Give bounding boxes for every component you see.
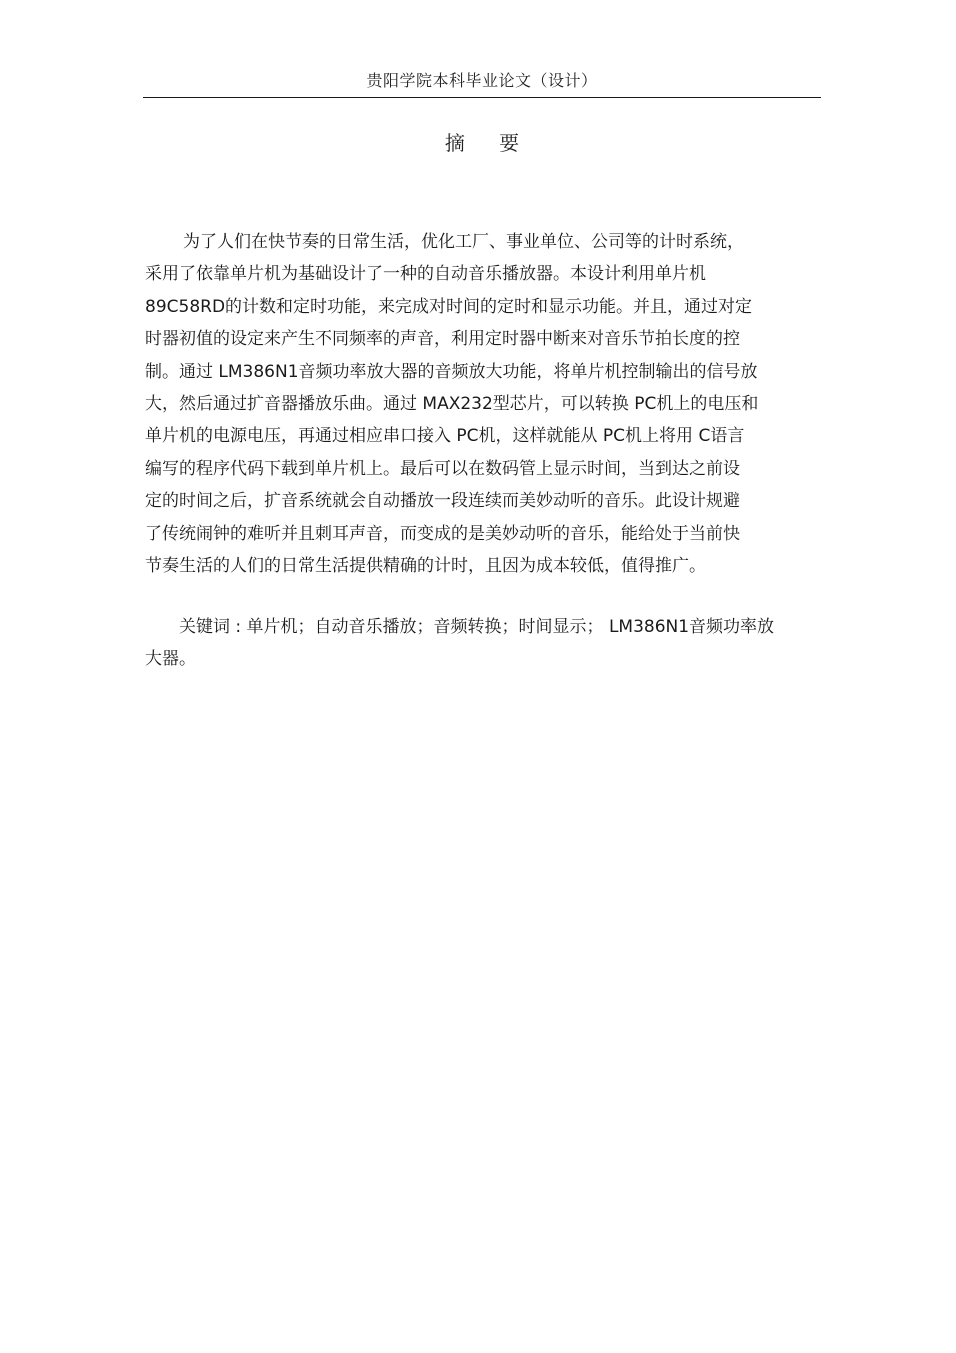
abstract-line: 编写的程序代码下载到单片机上。最后可以在数码管上显示时间，当到达之前设 [145,456,825,488]
abstract-line: 89C58RD的计数和定时功能，来完成对时间的定时和显示功能。并且，通过对定 [145,294,825,326]
abstract-line: 为了人们在快节奏的日常生活，优化工厂、事业单位、公司等的计时系统， [145,229,825,261]
abstract-line: 定的时间之后，扩音系统就会自动播放一段连续而美妙动听的音乐。此设计规避 [145,488,825,520]
keywords-line: 大器。 [145,646,825,678]
abstract-line: 大，然后通过扩音器播放乐曲。通过 MAX232型芯片，可以转换 PC机上的电压和 [145,391,825,423]
abstract-title: 摘 要 [143,130,821,156]
keywords-line: 关键词 : 单片机；自动音乐播放；音频转换；时间显示； LM386N1音频功率放 [145,614,825,646]
running-header: 贵阳学院本科毕业论文（设计） [143,70,821,92]
abstract-line: 采用了依靠单片机为基础设计了一种的自动音乐播放器。本设计利用单片机 [145,261,825,293]
abstract-line: 制。通过 LM386N1音频功率放大器的音频放大功能，将单片机控制输出的信号放 [145,359,825,391]
abstract-body: 为了人们在快节奏的日常生活，优化工厂、事业单位、公司等的计时系统， 采用了依靠单… [145,229,825,585]
abstract-line: 时器初值的设定来产生不同频率的声音，利用定时器中断来对音乐节拍长度的控 [145,326,825,358]
abstract-line: 节奏生活的人们的日常生活提供精确的计时，且因为成本较低，值得推广。 [145,553,825,585]
abstract-line: 单片机的电源电压，再通过相应串口接入 PC机，这样就能从 PC机上将用 C语言 [145,423,825,455]
header-rule [143,97,821,98]
document-page: 贵阳学院本科毕业论文（设计） 摘 要 为了人们在快节奏的日常生活，优化工厂、事业… [0,0,956,1353]
keywords: 关键词 : 单片机；自动音乐播放；音频转换；时间显示； LM386N1音频功率放… [145,614,825,679]
abstract-line: 了传统闹钟的难听并且刺耳声音，而变成的是美妙动听的音乐，能给处于当前快 [145,521,825,553]
